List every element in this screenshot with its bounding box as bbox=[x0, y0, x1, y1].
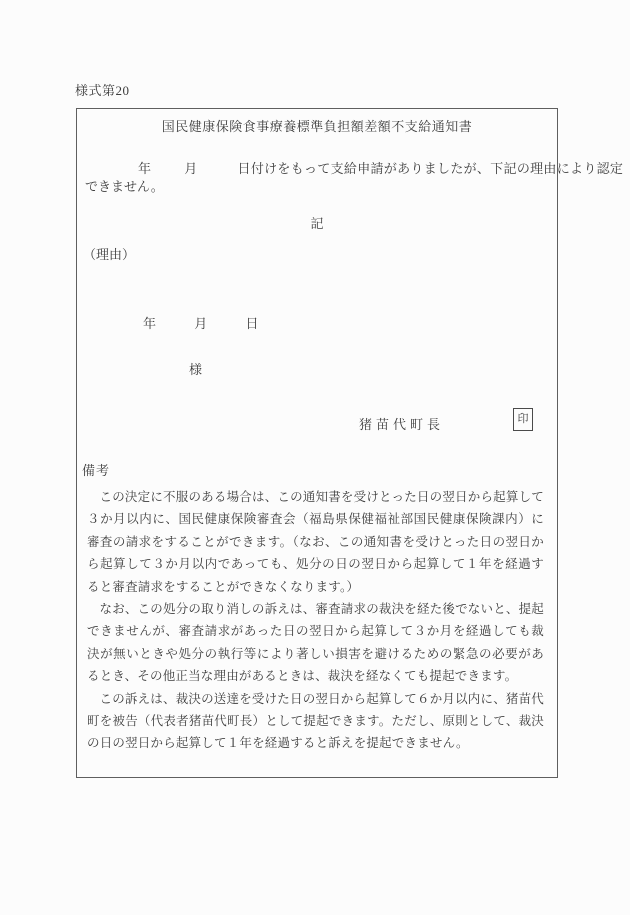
application-statement-line2: できません。 bbox=[85, 176, 164, 195]
reason-label: （理由） bbox=[83, 244, 135, 263]
official-seal-box: 印 bbox=[513, 408, 533, 431]
application-statement-text: 日付けをもって支給申請がありましたが、下記の理由により認定 bbox=[238, 161, 624, 176]
application-month-label: 月 bbox=[184, 161, 197, 176]
application-date-line: 年 月 日付けをもって支給申請がありましたが、下記の理由により認定 bbox=[85, 158, 623, 177]
issue-year-label: 年 bbox=[143, 316, 156, 331]
form-number: 様式第20 bbox=[75, 80, 130, 99]
remarks-paragraph-1: この決定に不服のある場合は、この通知書を受けとった日の翌日から起算して３か月以内… bbox=[87, 486, 544, 598]
application-year-label: 年 bbox=[138, 161, 151, 176]
remarks-paragraph-3: この訴えは、裁決の送達を受けた日の翌日から起算して６か月以内に、猪苗代町を被告（… bbox=[87, 688, 544, 755]
record-marker: 記 bbox=[77, 213, 557, 232]
issue-month-label: 月 bbox=[194, 316, 207, 331]
issuer-name: 猪苗代町長 bbox=[359, 414, 444, 433]
issue-date-line: 年 月 日 bbox=[77, 313, 259, 332]
notice-form-box: 国民健康保険食事療養標準負担額差額不支給通知書 年 月 日付けをもって支給申請が… bbox=[76, 108, 558, 778]
remarks-paragraph-2: なお、この処分の取り消しの訴えは、審査請求の裁決を経た後でないと、提起できません… bbox=[87, 598, 544, 688]
remarks-body: この決定に不服のある場合は、この通知書を受けとった日の翌日から起算して３か月以内… bbox=[87, 486, 544, 755]
addressee-suffix: 様 bbox=[189, 359, 202, 378]
remarks-label: 備考 bbox=[82, 460, 110, 479]
document-title: 国民健康保険食事療養標準負担額差額不支給通知書 bbox=[77, 116, 557, 135]
issue-day-label: 日 bbox=[246, 316, 259, 331]
